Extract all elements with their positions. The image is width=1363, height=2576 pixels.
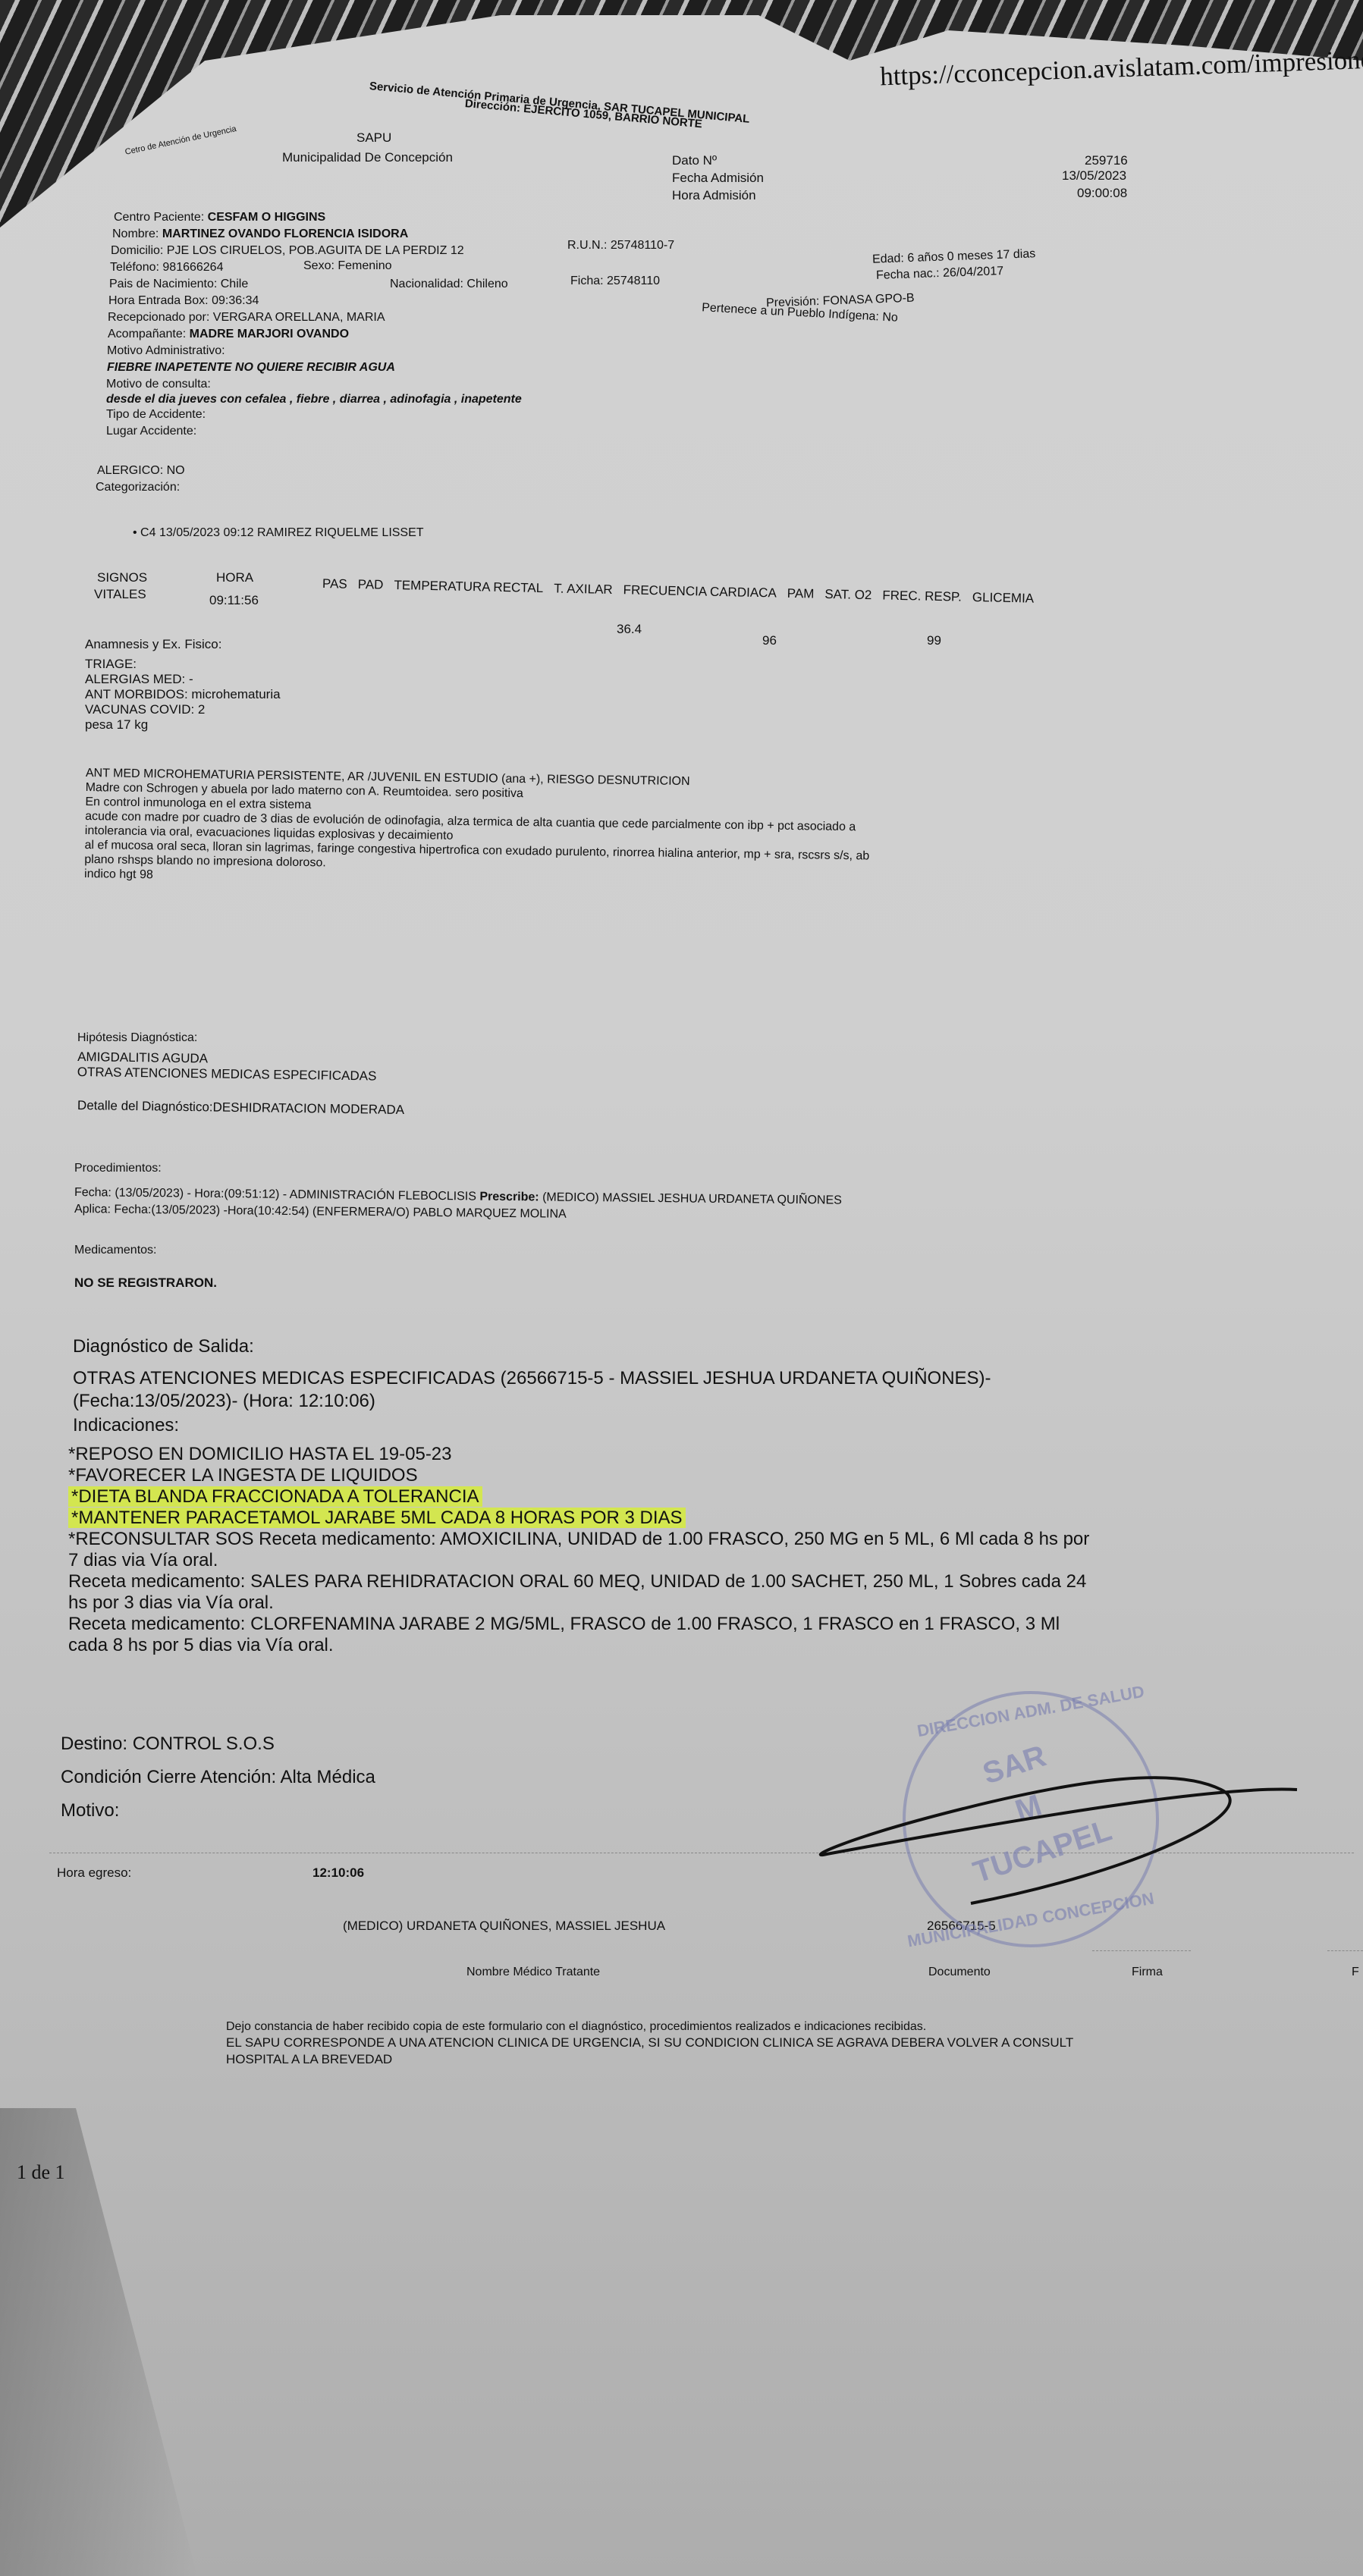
categorizacion-item: • C4 13/05/2023 09:12 RAMIREZ RIQUELME L… <box>133 526 424 540</box>
vitals-column-header: PAM <box>787 586 815 602</box>
motivo-consulta: desde el dia jueves con cefalea , fiebre… <box>106 393 522 406</box>
vitals-column-header: PAD <box>358 577 384 593</box>
vitals-hora-label: HORA <box>216 570 253 585</box>
condicion-cierre: Condición Cierre Atención: Alta Médica <box>61 1767 375 1788</box>
municipality: Municipalidad De Concepción <box>282 150 453 165</box>
indicacion-line: *FAVORECER LA INGESTA DE LIQUIDOS <box>68 1465 1089 1486</box>
firma-label: Firma <box>1132 1966 1163 1979</box>
pais-nacimiento: Pais de Nacimiento: Chile <box>109 278 248 291</box>
run: R.U.N.: 25748110-7 <box>567 239 674 253</box>
anamnesis-line: TRIAGE: <box>85 657 281 672</box>
medicamentos-value: NO SE REGISTRARON. <box>74 1275 217 1291</box>
telefono: Teléfono: 981666264 <box>110 261 223 275</box>
vital-t-axilar: 36.4 <box>617 622 642 637</box>
procedimientos-label: Procedimientos: <box>74 1162 162 1175</box>
firma2-line <box>1327 1950 1363 1951</box>
nombre-medico-label: Nombre Médico Tratante <box>466 1966 600 1979</box>
vitals-column-header: FRECUENCIA CARDIACA <box>623 582 777 601</box>
vital-sat-o2: 99 <box>927 633 941 648</box>
recepcionado-por: Recepcionado por: VERGARA ORELLANA, MARI… <box>108 311 385 325</box>
hora-egreso-label: Hora egreso: <box>57 1865 131 1881</box>
indicacion-line: Receta medicamento: SALES PARA REHIDRATA… <box>68 1571 1089 1592</box>
lugar-accidente-label: Lugar Accidente: <box>106 425 196 438</box>
medico-tratante: (MEDICO) URDANETA QUIÑONES, MASSIEL JESH… <box>343 1919 665 1934</box>
indicacion-line: cada 8 hs por 5 dias via Vía oral. <box>68 1635 1089 1656</box>
vitals-column-header: TEMPERATURA RECTAL <box>394 578 543 596</box>
indicaciones-list: *REPOSO EN DOMICILIO HASTA EL 19-05-23*F… <box>68 1444 1089 1656</box>
vitals-label-1: SIGNOS <box>97 570 147 585</box>
centro-paciente: Centro Paciente: CESFAM O HIGGINS <box>114 211 325 224</box>
salida-line-1: OTRAS ATENCIONES MEDICAS ESPECIFICADAS (… <box>73 1368 991 1389</box>
hora-admision-value: 09:00:08 <box>1077 186 1127 201</box>
sexo: Sexo: Femenino <box>303 259 392 273</box>
destino: Destino: CONTROL S.O.S <box>61 1734 275 1755</box>
alergico: ALERGICO: NO <box>97 464 185 478</box>
warning-line-1: EL SAPU CORRESPONDE A UNA ATENCION CLINI… <box>226 2035 1073 2050</box>
vitals-column-header: SAT. O2 <box>824 587 872 603</box>
anamnesis-line: ANT MORBIDOS: microhematuria <box>85 687 281 702</box>
hipotesis-list: AMIGDALITIS AGUDAOTRAS ATENCIONES MEDICA… <box>77 1050 377 1084</box>
anamnesis-detail: ANT MED MICROHEMATURIA PERSISTENTE, AR /… <box>84 766 871 892</box>
vitals-column-header: GLICEMIA <box>972 590 1035 607</box>
signature-icon <box>812 1759 1305 1911</box>
anamnesis-line: pesa 17 kg <box>85 717 281 733</box>
motivo-administrativo-label: Motivo Administrativo: <box>107 344 225 358</box>
salida-line-2: (Fecha:13/05/2023)- (Hora: 12:10:06) <box>73 1391 375 1412</box>
hora-admision-label: Hora Admisión <box>672 188 756 203</box>
ficha: Ficha: 25748110 <box>570 275 660 288</box>
constancia: Dejo constancia de haber recibido copia … <box>226 2020 926 2034</box>
vitals-hora: 09:11:56 <box>209 593 259 608</box>
hora-entrada-box: Hora Entrada Box: 09:36:34 <box>108 294 259 308</box>
indicacion-line: hs por 3 dias via Vía oral. <box>68 1592 1089 1614</box>
motivo-administrativo: FIEBRE INAPETENTE NO QUIERE RECIBIR AGUA <box>107 361 395 375</box>
vitals-column-header: T. AXILAR <box>554 581 613 598</box>
anamnesis-label: Anamnesis y Ex. Fisico: <box>85 637 221 652</box>
indicacion-line: *DIETA BLANDA FRACCIONADA A TOLERANCIA <box>68 1486 1089 1508</box>
anamnesis-line: ALERGIAS MED: - <box>85 672 281 687</box>
unit-name: SAPU <box>356 130 391 146</box>
documento-label: Documento <box>928 1966 991 1979</box>
motivo-consulta-label: Motivo de consulta: <box>106 378 211 391</box>
nombre-paciente: Nombre: MARTINEZ OVANDO FLORENCIA ISIDOR… <box>112 227 408 241</box>
motivo-cierre: Motivo: <box>61 1800 119 1821</box>
hora-egreso: 12:10:06 <box>312 1865 364 1881</box>
salida-label: Diagnóstico de Salida: <box>73 1336 254 1357</box>
page-number: 1 de 1 <box>17 2161 65 2184</box>
acompanante: Acompañante: MADRE MARJORI OVANDO <box>108 328 349 341</box>
tipo-accidente-label: Tipo de Accidente: <box>106 408 206 422</box>
nacionalidad: Nacionalidad: Chileno <box>390 278 508 291</box>
indicacion-line: 7 dias via Vía oral. <box>68 1550 1089 1571</box>
warning-line-2: HOSPITAL A LA BREVEDAD <box>226 2052 392 2067</box>
vital-frecuencia-cardiaca: 96 <box>762 633 777 648</box>
medicamentos-label: Medicamentos: <box>74 1244 157 1257</box>
vitals-column-header: FREC. RESP. <box>882 588 962 604</box>
indicacion-line: Receta medicamento: CLORFENAMINA JARABE … <box>68 1614 1089 1635</box>
indicaciones-label: Indicaciones: <box>73 1415 179 1436</box>
indicacion-line: *REPOSO EN DOMICILIO HASTA EL 19-05-23 <box>68 1444 1089 1465</box>
dato-label: Dato Nº <box>672 153 717 168</box>
dato-value: 259716 <box>1085 153 1128 168</box>
anamnesis-line: VACUNAS COVID: 2 <box>85 702 281 717</box>
vitals-label-2: VITALES <box>94 587 146 602</box>
firma-line <box>1092 1950 1191 1951</box>
indicacion-line: *MANTENER PARACETAMOL JARABE 5ML CADA 8 … <box>68 1508 1089 1529</box>
hipotesis-label: Hipótesis Diagnóstica: <box>77 1031 197 1045</box>
firma2-label: F <box>1352 1966 1359 1979</box>
anamnesis-triage: TRIAGE:ALERGIAS MED: -ANT MORBIDOS: micr… <box>85 657 281 733</box>
fecha-admision-value: 13/05/2023 <box>1062 168 1126 184</box>
fecha-admision-label: Fecha Admisión <box>672 171 764 186</box>
vitals-column-header: PAS <box>322 576 347 592</box>
indicacion-line: *RECONSULTAR SOS Receta medicamento: AMO… <box>68 1529 1089 1550</box>
categorizacion-label: Categorización: <box>96 481 180 494</box>
domicilio: Domicilio: PJE LOS CIRUELOS, POB.AGUITA … <box>111 244 464 258</box>
